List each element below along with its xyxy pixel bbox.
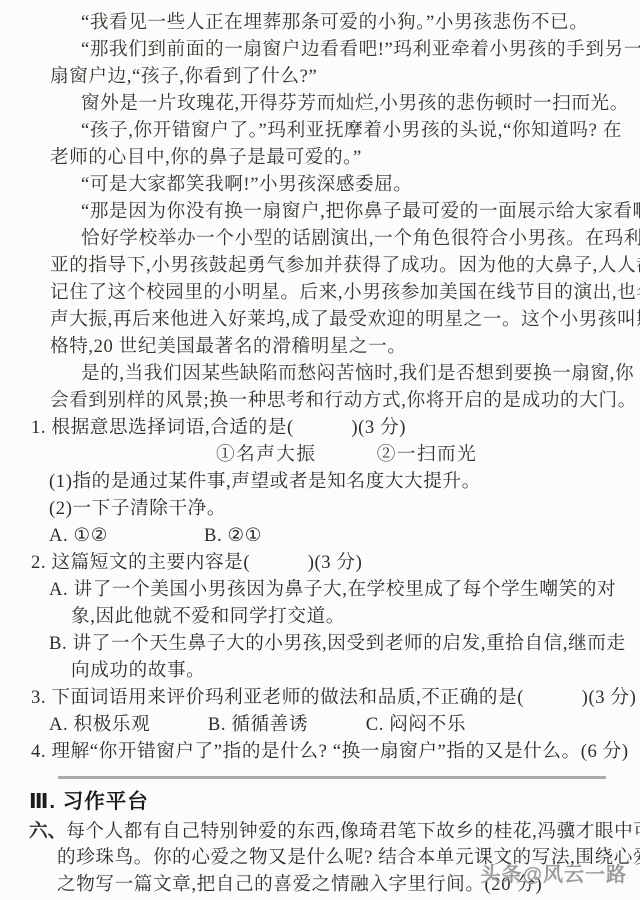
writing-task-text: 每个人都有自己特别钟爱的东西,像琦君笔下故乡的桂花,冯骥才眼中可爱 xyxy=(66,821,640,842)
passage-line: 会看到别样的风景;换一种思考和行动方式,你将开启的是成功的大门。 xyxy=(50,387,626,414)
question-2-option-a: A. 讲了一个美国小男孩因为鼻子大,在学校里成了每个学生嘲笑的对 xyxy=(49,576,640,603)
question-2-option-b: B. 讲了一个天生鼻子大的小男孩,因受到老师的启发,重拾自信,继而走 xyxy=(49,630,640,657)
question-4-stem: 4. 理解“你开错窗户了”指的是什么? “换一扇窗户”指的又是什么。(6 分) xyxy=(31,738,640,765)
question-1-stem: 1. 根据意思选择词语,合适的是( )(3 分) xyxy=(31,414,640,441)
comprehension-questions: 1. 根据意思选择词语,合适的是( )(3 分) ①名声大振 ②一扫而光 (1)… xyxy=(0,414,640,765)
question-1-word-choices: ①名声大振 ②一扫而光 xyxy=(216,441,640,468)
passage-line: 扇窗户边,“孩子,你看到了什么?” xyxy=(50,63,626,90)
passage-line: 老师的心目中,你的鼻子是最可爱的。” xyxy=(50,144,626,171)
question-3-options: A. 积极乐观 B. 循循善诱 C. 闷闷不乐 xyxy=(49,711,640,738)
passage-line: “可是大家都笑我啊!”小男孩深感委屈。 xyxy=(50,171,626,198)
passage-line: 是的,当我们因某些缺陷而愁闷苦恼时,我们是否想到要换一扇窗,你 xyxy=(50,360,626,387)
question-1-options: A. ①② B. ②① xyxy=(49,522,640,549)
passage-line: “孩子,你开错窗户了。”玛利亚抚摩着小男孩的头说,“你知道吗? 在 xyxy=(50,117,626,144)
passage-line: 记住了这个校园里的小明星。后来,小男孩参加美国在线节目的演出,也名 xyxy=(50,279,626,306)
reading-passage: “我看见一些人正在埋葬那条可爱的小狗。”小男孩悲伤不已。 “那我们到前面的一扇窗… xyxy=(0,9,640,414)
writing-task-number: 六、 xyxy=(29,820,66,841)
passage-line: “我看见一些人正在埋葬那条可爱的小狗。”小男孩悲伤不已。 xyxy=(50,9,626,36)
toutiao-watermark: 头条@风云一路 xyxy=(480,858,627,887)
question-2-option-a: 象,因此他就不爱和同学打交道。 xyxy=(71,603,640,630)
passage-line: “那是因为你没有换一扇窗户,把你鼻子最可爱的一面展示给大家看啊。” xyxy=(50,198,626,225)
question-2-option-b: 向成功的故事。 xyxy=(71,657,640,684)
passage-line: 亚的指导下,小男孩鼓起勇气参加并获得了成功。因为他的大鼻子,人人都 xyxy=(50,252,626,279)
question-2-stem: 2. 这篇短文的主要内容是( )(3 分) xyxy=(31,549,640,576)
passage-line: “那我们到前面的一扇窗户边看看吧!”玛利亚牵着小男孩的手到另一 xyxy=(50,36,626,63)
writing-task-line: 六、每个人都有自己特别钟爱的东西,像琦君笔下故乡的桂花,冯骥才眼中可爱 xyxy=(29,817,640,844)
passage-line: 窗外是一片玫瑰花,开得芬芳而灿烂,小男孩的悲伤顿时一扫而光。 xyxy=(50,90,626,117)
test-paper-page: “我看见一些人正在埋葬那条可爱的小狗。”小男孩悲伤不已。 “那我们到前面的一扇窗… xyxy=(0,0,640,898)
question-3-stem: 3. 下面词语用来评价玛利亚老师的做法和品质,不正确的是( )(3 分) xyxy=(31,684,640,711)
passage-line: 恰好学校举办一个小型的话剧演出,一个角色很符合小男孩。在玛利 xyxy=(50,225,626,252)
section-3-heading: Ⅲ. 习作平台 xyxy=(29,786,640,817)
section-divider xyxy=(58,776,606,779)
question-1-item-1: (1)指的是通过某件事,声望或者是知名度大大提升。 xyxy=(49,468,640,495)
passage-line: 声大振,再后来他进入好莱坞,成了最受欢迎的明星之一。这个小男孩叫斯 xyxy=(50,306,626,333)
question-1-item-2: (2)一下子清除干净。 xyxy=(49,495,640,522)
passage-line: 格特,20 世纪美国最著名的滑稽明星之一。 xyxy=(50,333,626,360)
